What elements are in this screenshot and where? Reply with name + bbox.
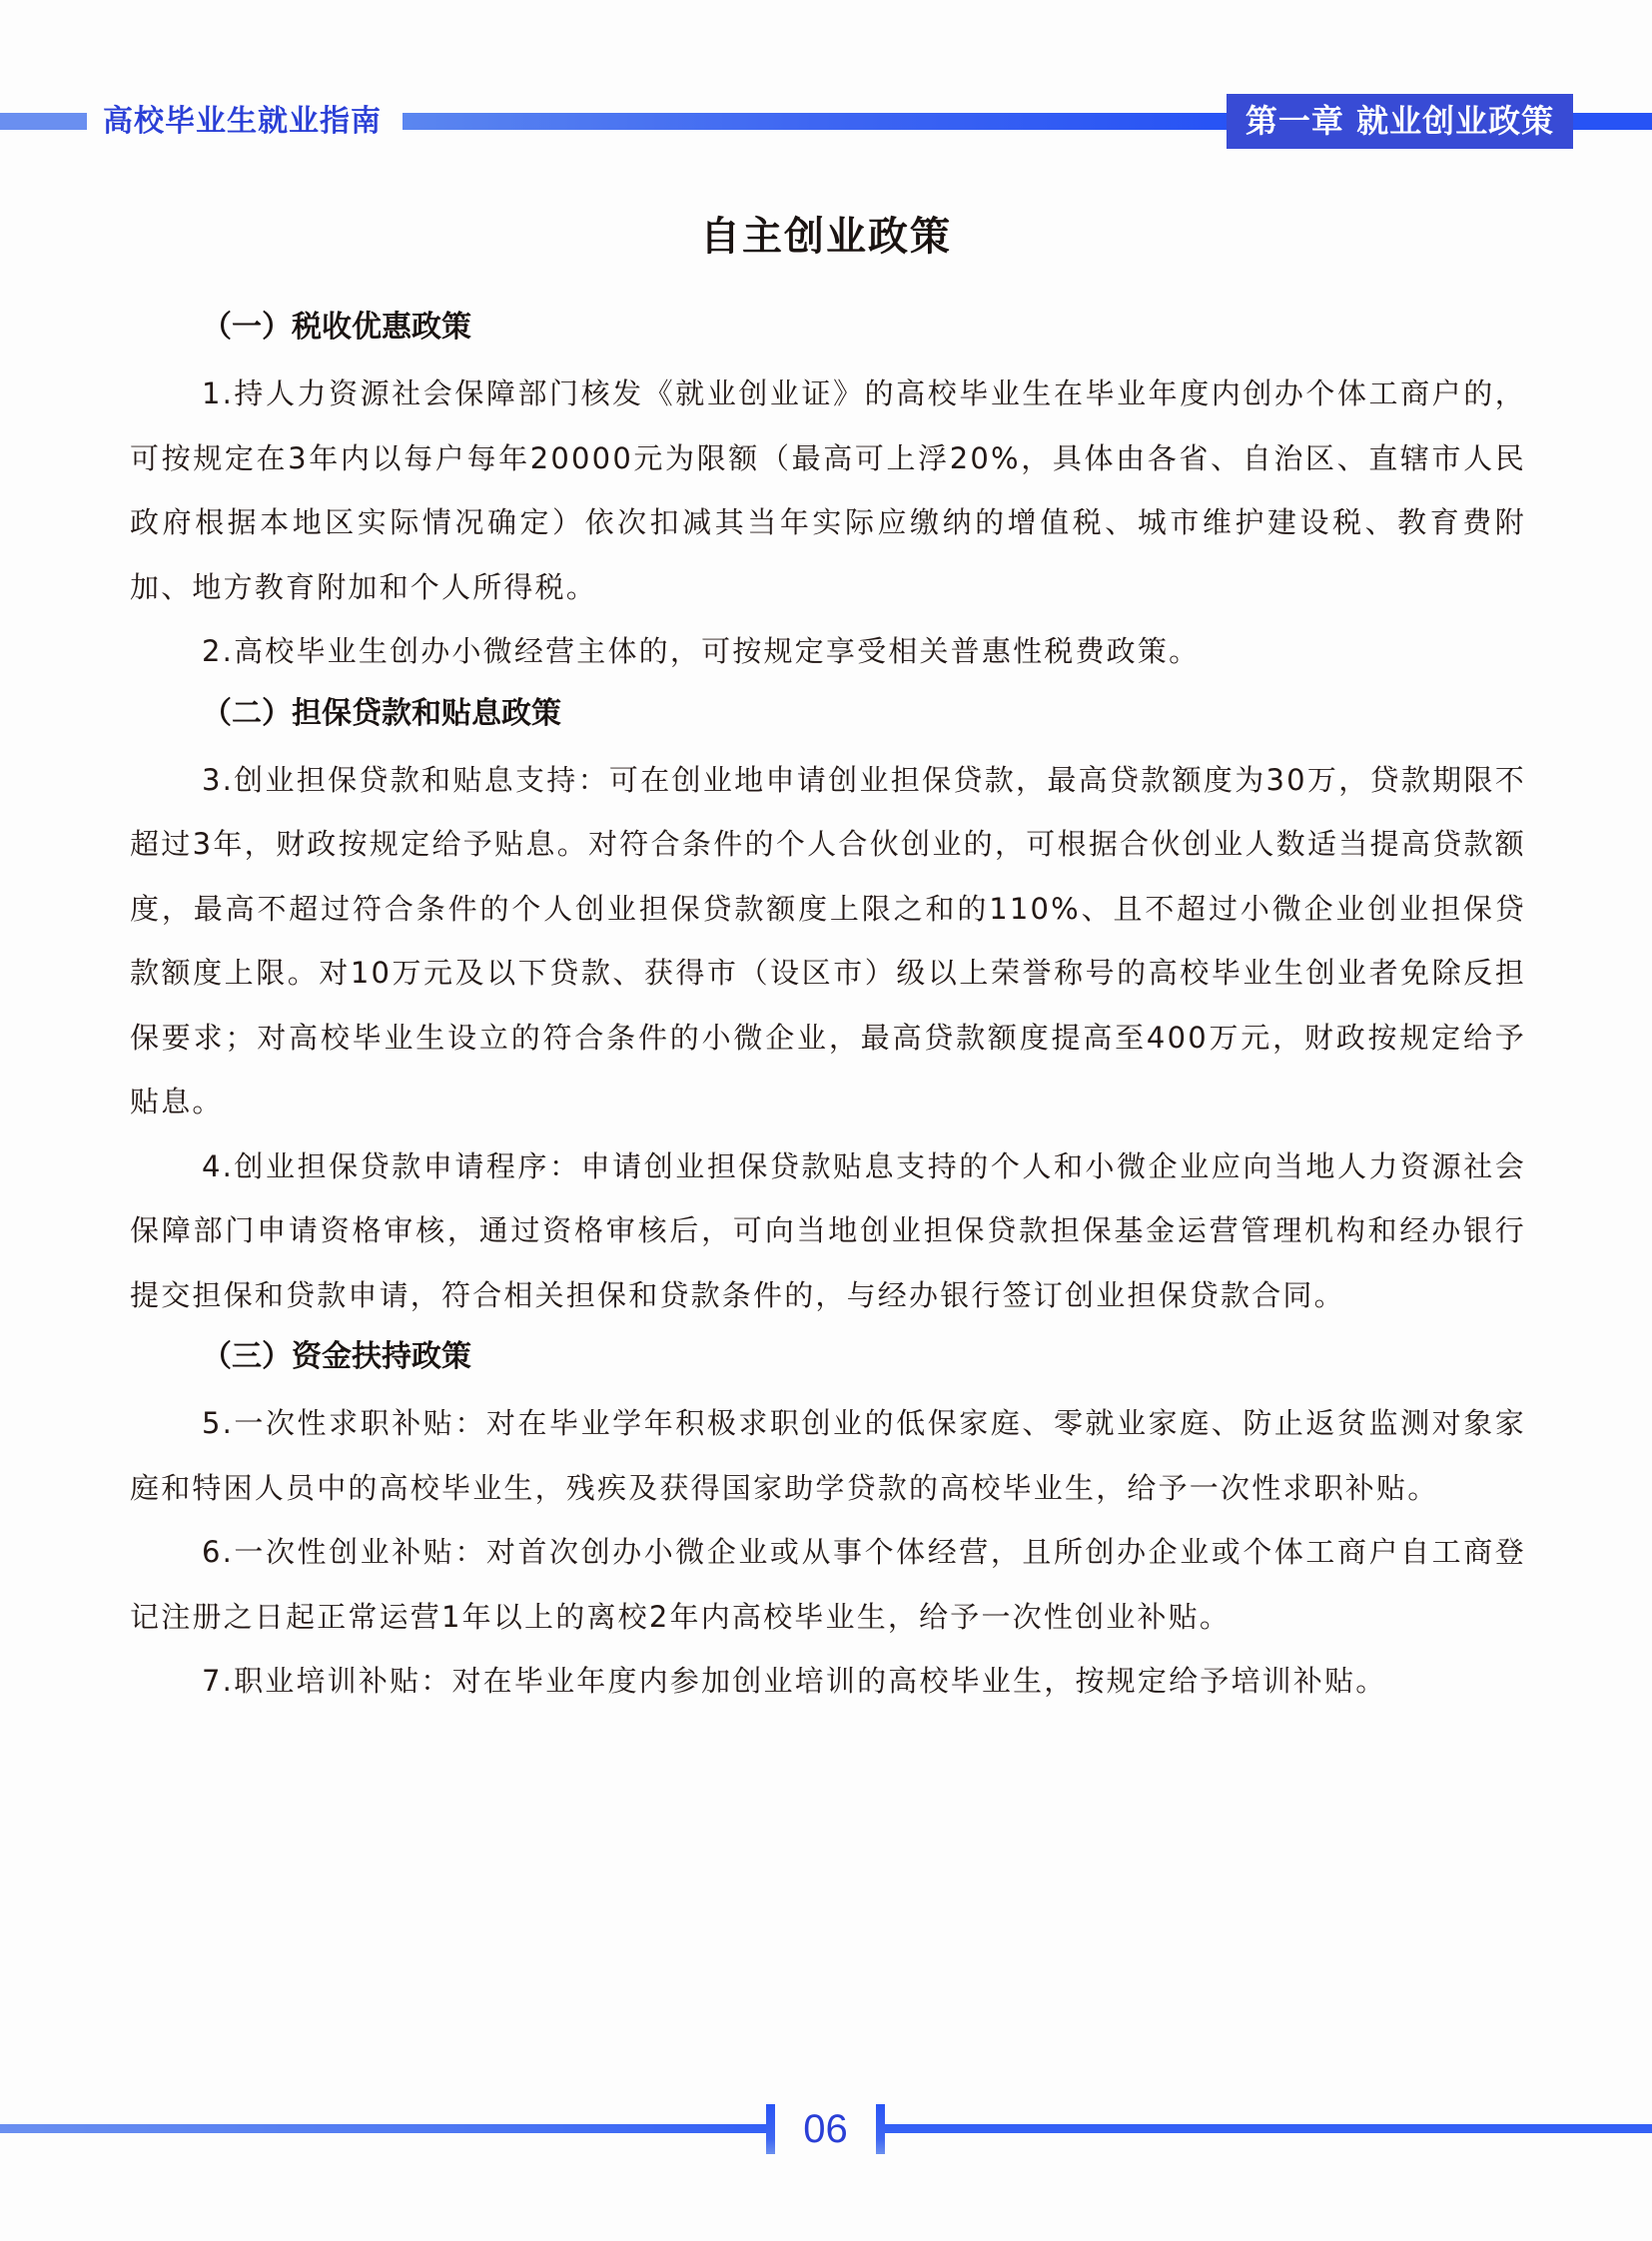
section-funding-support: （三）资金扶持政策 5.一次性求职补贴：对在毕业学年积极求职创业的低保家庭、零就… xyxy=(130,1327,1526,1714)
document-body: （一）税收优惠政策 1.持人力资源社会保障部门核发《就业创业证》的高校毕业生在毕… xyxy=(130,298,1526,1714)
footer-decor-line-right xyxy=(885,2124,1652,2133)
page-title: 自主创业政策 xyxy=(0,205,1652,262)
paragraph: 4.创业担保贷款申请程序：申请创业担保贷款贴息支持的个人和小微企业应向当地人力资… xyxy=(130,1134,1526,1328)
paragraph: 3.创业担保贷款和贴息支持：可在创业地申请创业担保贷款，最高贷款额度为30万，贷… xyxy=(130,748,1526,1134)
section-heading: （一）税收优惠政策 xyxy=(130,298,1526,362)
header-decor-bar-middle xyxy=(403,113,1232,130)
page-number: 06 xyxy=(775,2105,876,2153)
header-decor-bar-left xyxy=(0,113,87,130)
book-title: 高校毕业生就业指南 xyxy=(103,100,382,144)
section-heading: （二）担保贷款和贴息政策 xyxy=(130,684,1526,748)
footer-decor-line-left xyxy=(0,2124,769,2133)
section-tax-incentives: （一）税收优惠政策 1.持人力资源社会保障部门核发《就业创业证》的高校毕业生在毕… xyxy=(130,298,1526,684)
paragraph: 2.高校毕业生创办小微经营主体的，可按规定享受相关普惠性税费政策。 xyxy=(130,619,1526,684)
footer-decor-tick-right xyxy=(876,2104,885,2154)
footer-decor-tick-left xyxy=(766,2104,775,2154)
section-heading: （三）资金扶持政策 xyxy=(130,1327,1526,1391)
paragraph: 5.一次性求职补贴：对在毕业学年积极求职创业的低保家庭、零就业家庭、防止返贫监测… xyxy=(130,1391,1526,1520)
chapter-label: 第一章 就业创业政策 xyxy=(1227,94,1573,149)
paragraph: 1.持人力资源社会保障部门核发《就业创业证》的高校毕业生在毕业年度内创办个体工商… xyxy=(130,362,1526,619)
header-decor-bar-right xyxy=(1573,113,1652,130)
section-guaranteed-loans: （二）担保贷款和贴息政策 3.创业担保贷款和贴息支持：可在创业地申请创业担保贷款… xyxy=(130,684,1526,1328)
paragraph: 7.职业培训补贴：对在毕业年度内参加创业培训的高校毕业生，按规定给予培训补贴。 xyxy=(130,1649,1526,1714)
paragraph: 6.一次性创业补贴：对首次创办小微企业或从事个体经营，且所创办企业或个体工商户自… xyxy=(130,1520,1526,1649)
